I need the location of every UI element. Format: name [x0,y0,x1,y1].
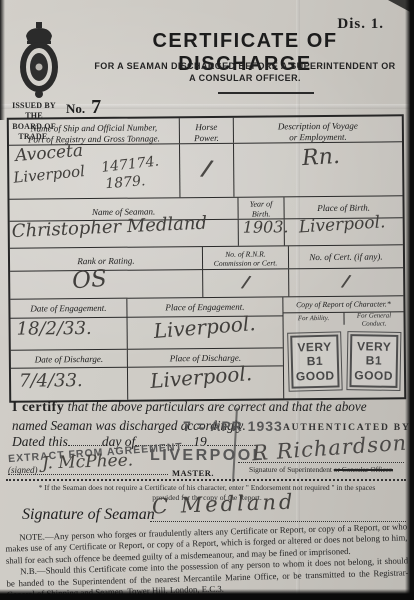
ship-value-cell: Avoceta Liverpool 147174. 1879. [9,144,179,198]
seaman-value-row: Christopher Medland 1903. Liverpool. [10,217,403,247]
places-column: Place of Engagement. Liverpool. Place of… [126,297,283,399]
subtitle-line1: FOR A SEAMAN DISCHARGED BEFORE A SUPERIN… [94,61,395,71]
seaman-signature-label: Signature of Seaman [22,506,155,524]
ability-stamp-line1: VERY [297,340,332,355]
master-label: MASTER. [172,468,214,478]
rnr-header-line1: No. of R.N.R. [225,250,266,259]
rnr-header-cell: No. of R.N.R. Commission or Cert. [202,246,288,269]
no-label: No. [66,101,85,116]
superintendent-label-main: Signature of Superintendent [249,465,334,474]
scan-edge-right [405,0,414,600]
ship-port-handwriting: Liverpool [13,162,86,187]
birth-year-handwriting: 1903. [243,217,289,236]
rnr-slash-mark: / [240,271,251,295]
voyage-value-cell: Rn. [233,143,402,197]
cert-no-slash-mark: / [341,270,352,294]
year-blank-line [207,434,253,446]
discharge-form-table: Name of Ship and Official Number, Port o… [7,114,406,402]
horse-power-header-line2: Power. [194,132,219,142]
rank-header-row: Rank or Rating. No. of R.N.R. Commission… [10,244,403,270]
subtitle-rule [218,92,314,94]
engage-place-value-cell: Liverpool. [128,315,283,348]
date-stamp: 7 = APR 1933 [183,418,283,434]
scan-edge-left [0,0,5,120]
ability-label: For Ability. [298,315,329,322]
ability-stamp-line2: B1 [306,354,323,368]
discharge-date-header-cell: Date of Discharge. [11,349,127,368]
engagement-discharge-band: Date of Engagement. 18/2/33. Date of Dis… [10,295,404,400]
board-of-trade-crest-icon [16,22,62,102]
dates-column: Date of Engagement. 18/2/33. Date of Dis… [10,299,127,401]
birth-place-handwriting: Liverpool. [298,212,386,237]
certificate-paper: Dis. 1. CERTIFICATE OF DISCHARGE FOR A S… [0,0,414,600]
superintendent-signature: R Richardson [251,431,408,466]
voyage-header-line1: Description of Voyage [278,121,358,132]
character-header: Copy of Report of Character.* [296,299,391,309]
cert-no-header-cell: No. of Cert. (if any). [288,245,403,268]
ship-tonnage-handwriting: 1879. [105,173,146,192]
rank-value-row: OS / / [10,267,403,298]
conduct-label-line1: For General [357,312,391,319]
engage-date-value-cell: 18/2/33. [11,317,127,350]
seaman-signature: C Medland [152,490,296,519]
ship-header-cell: Name of Ship and Official Number, Port o… [9,118,179,145]
voyage-header-cell: Description of Voyage or Employment. [233,116,402,143]
engage-date-header: Date of Engagement. [30,303,106,314]
discharge-place-handwriting: Liverpool. [149,361,253,393]
engage-place-header: Place of Engagement. [165,302,244,313]
birth-year-header-cell: Year of Birth. [237,198,283,219]
superintendent-label: Signature of Superintendent or Consular … [236,465,406,474]
master-signature-line [8,474,168,475]
seaman-name-value-cell: Christopher Medland [10,220,238,248]
ship-header-row: Name of Ship and Official Number, Port o… [9,116,402,145]
day-blank-line [68,434,102,446]
voyage-value-handwriting: Rn. [301,144,340,171]
rnr-value-cell: / [202,269,288,297]
discharge-date-value-cell: 7/4/33. [11,367,127,401]
character-header-cell: Copy of Report of Character.* [283,296,403,312]
certify-lead: I certify [12,400,64,415]
document-subtitle: FOR A SEAMAN DISCHARGED BEFORE A SUPERIN… [86,60,404,84]
ability-label-cell: For Ability. [283,313,343,326]
discharge-date-header: Date of Discharge. [35,354,103,365]
conduct-stamp-line2: B1 [365,354,382,368]
cert-no-value-cell: / [288,268,403,296]
scan-edge-bottom [0,589,414,600]
birth-place-value-cell: Liverpool. [284,218,403,245]
engage-date-header-cell: Date of Engagement. [10,299,126,318]
cert-no-header: No. of Cert. (if any). [309,252,382,263]
section-dotted-rule [6,479,406,481]
rank-header-cell: Rank or Rating. [10,247,202,271]
discharge-date-handwriting: 7/4/33. [19,370,83,392]
conduct-stamp: VERY B1 GOOD [349,334,398,388]
ship-header-line1: Name of Ship and Official Number, [31,122,158,133]
scanned-certificate-page: Dis. 1. CERTIFICATE OF DISCHARGE FOR A S… [0,0,414,600]
conduct-stamp-line3: GOOD [354,368,393,383]
character-column: Copy of Report of Character.* For Abilit… [282,296,404,398]
birth-year-header-line1: Year of [250,200,273,209]
conduct-stamp-line1: VERY [356,339,390,354]
superintendent-signature-line [238,462,404,463]
birth-year-value-cell: 1903. [238,219,284,245]
master-signature: J. McPhee. [42,450,134,473]
dated-this-label: Dated this [12,434,68,449]
horse-power-header-line1: Horse [195,122,217,132]
ship-value-row: Avoceta Liverpool 147174. 1879. / Rn. [9,142,402,199]
no-value: 7 [91,96,101,118]
horse-power-slash-mark: / [199,154,214,185]
rnr-header-line2: Commission or Cert. [214,258,278,268]
rank-handwriting: OS [71,266,108,295]
horse-power-value-cell: / [179,144,233,197]
engage-place-header-cell: Place of Engagement. [127,297,282,316]
discharge-place-value-cell: Liverpool. [128,365,283,399]
ability-stamp: VERY B1 GOOD [290,334,339,388]
engage-date-handwriting: 18/2/33. [17,318,92,340]
character-stamps-row: VERY B1 GOOD VERY B1 GOOD [284,324,405,398]
certificate-number: No.7 [66,96,101,119]
horse-power-header-cell: Horse Power. [179,118,233,144]
superintendent-label-struck: or Consular Officer. [334,465,393,474]
ship-official-number-handwriting: 147174. [100,154,159,176]
ability-stamp-line3: GOOD [295,368,334,383]
subtitle-line2: A CONSULAR OFFICER. [189,73,301,83]
conduct-label-cell: For General Conduct. [343,312,403,325]
engage-place-handwriting: Liverpool. [153,311,257,343]
footnote-line1: * If the Seaman does not require a Certi… [39,483,376,492]
character-sublabels-row: For Ability. For General Conduct. [283,311,403,325]
rank-header: Rank or Rating. [77,256,134,266]
birth-place-header: Place of Birth. [317,203,370,213]
voyage-header-line2: or Employment. [289,131,347,142]
rank-value-cell: OS [10,270,202,299]
